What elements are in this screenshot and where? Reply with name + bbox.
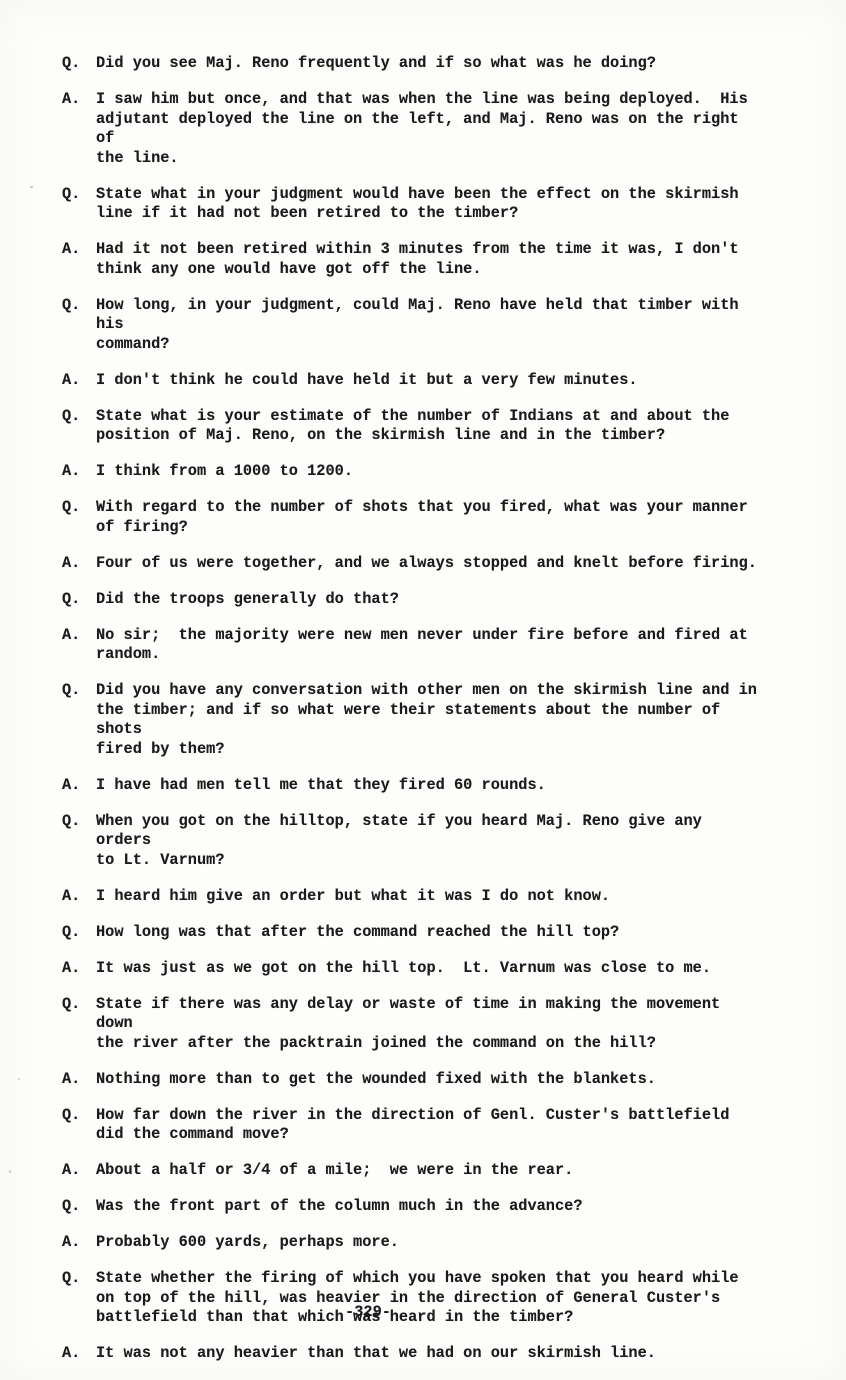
qa-entry: A. Four of us were together, and we alwa… — [62, 554, 762, 574]
speaker-label: A. — [62, 887, 96, 907]
speaker-label: A. — [62, 1233, 96, 1253]
speaker-label: A. — [62, 1161, 96, 1181]
entry-text: No sir; the majority were new men never … — [96, 626, 762, 665]
entry-text: Four of us were together, and we always … — [96, 554, 762, 574]
scan-speck — [600, 1072, 602, 1074]
qa-entry: Q. State if there was any delay or waste… — [62, 995, 762, 1054]
qa-entry: Q. State what in your judgment would hav… — [62, 185, 762, 224]
speaker-label: A. — [62, 776, 96, 796]
entry-text: I saw him but once, and that was when th… — [96, 90, 762, 168]
speaker-label: Q. — [62, 923, 96, 943]
entry-text: I don't think he could have held it but … — [96, 371, 762, 391]
entry-text: I heard him give an order but what it wa… — [96, 887, 762, 907]
transcript-body: Q. Did you see Maj. Reno frequently and … — [62, 54, 762, 1380]
qa-entry: A. No sir; the majority were new men nev… — [62, 626, 762, 665]
speaker-label: Q. — [62, 1106, 96, 1126]
speaker-label: Q. — [62, 185, 96, 205]
qa-entry: Q. When you got on the hilltop, state if… — [62, 812, 762, 871]
qa-entry: A. I have had men tell me that they fire… — [62, 776, 762, 796]
speaker-label: A. — [62, 959, 96, 979]
entry-text: Probably 600 yards, perhaps more. — [96, 1233, 762, 1253]
page-number: -329- — [62, 1303, 674, 1323]
speaker-label: A. — [62, 90, 96, 110]
speaker-label: Q. — [62, 681, 96, 701]
entry-text: When you got on the hilltop, state if yo… — [96, 812, 762, 871]
speaker-label: Q. — [62, 812, 96, 832]
entry-text: About a half or 3/4 of a mile; we were i… — [96, 1161, 762, 1181]
speaker-label: Q. — [62, 54, 96, 74]
qa-entry: A. Nothing more than to get the wounded … — [62, 1070, 762, 1090]
entry-text: It was just as we got on the hill top. L… — [96, 959, 762, 979]
speaker-label: Q. — [62, 296, 96, 316]
speaker-label: A. — [62, 371, 96, 391]
speaker-label: Q. — [62, 407, 96, 427]
entry-text: I have had men tell me that they fired 6… — [96, 776, 762, 796]
entry-text: Was the front part of the column much in… — [96, 1197, 762, 1217]
speaker-label: A. — [62, 462, 96, 482]
qa-entry: Q. How far down the river in the directi… — [62, 1106, 762, 1145]
qa-entry: Q. Did you have any conversation with ot… — [62, 681, 762, 759]
speaker-label: Q. — [62, 498, 96, 518]
qa-entry: A. Probably 600 yards, perhaps more. — [62, 1233, 762, 1253]
speaker-label: A. — [62, 1070, 96, 1090]
entry-text: Did the troops generally do that? — [96, 590, 762, 610]
entry-text: How long was that after the command reac… — [96, 923, 762, 943]
entry-text: Did you have any conversation with other… — [96, 681, 762, 759]
qa-entry: Q. With regard to the number of shots th… — [62, 498, 762, 537]
qa-entry: A. I don't think he could have held it b… — [62, 371, 762, 391]
entry-text: State what is your estimate of the numbe… — [96, 407, 762, 446]
qa-entry: Q. Was the front part of the column much… — [62, 1197, 762, 1217]
entry-text: State what in your judgment would have b… — [96, 185, 762, 224]
qa-entry: Q. Did the troops generally do that? — [62, 590, 762, 610]
speaker-label: Q. — [62, 1197, 96, 1217]
scan-speck — [9, 1170, 11, 1173]
qa-entry: A. Had it not been retired within 3 minu… — [62, 240, 762, 279]
speaker-label: A. — [62, 554, 96, 574]
entry-text: I think from a 1000 to 1200. — [96, 462, 762, 482]
speaker-label: A. — [62, 240, 96, 260]
entry-text: With regard to the number of shots that … — [96, 498, 762, 537]
qa-entry: Q. How long was that after the command r… — [62, 923, 762, 943]
entry-text: Had it not been retired within 3 minutes… — [96, 240, 762, 279]
qa-entry: Q. How long, in your judgment, could Maj… — [62, 296, 762, 355]
qa-entry: Q. Did you see Maj. Reno frequently and … — [62, 54, 762, 74]
entry-text: It was not any heavier than that we had … — [96, 1344, 762, 1364]
qa-entry: A. I think from a 1000 to 1200. — [62, 462, 762, 482]
speaker-label: Q. — [62, 995, 96, 1015]
speaker-label: A. — [62, 1344, 96, 1364]
qa-entry: A. I saw him but once, and that was when… — [62, 90, 762, 168]
scan-speck — [30, 186, 33, 188]
qa-entry: Q. State what is your estimate of the nu… — [62, 407, 762, 446]
speaker-label: A. — [62, 626, 96, 646]
entry-text: Did you see Maj. Reno frequently and if … — [96, 54, 762, 74]
entry-text: State if there was any delay or waste of… — [96, 995, 762, 1054]
qa-entry: A. I heard him give an order but what it… — [62, 887, 762, 907]
entry-text: How long, in your judgment, could Maj. R… — [96, 296, 762, 355]
qa-entry: A. About a half or 3/4 of a mile; we wer… — [62, 1161, 762, 1181]
entry-text: How far down the river in the direction … — [96, 1106, 762, 1145]
speaker-label: Q. — [62, 1269, 96, 1289]
entry-text: Nothing more than to get the wounded fix… — [96, 1070, 762, 1090]
qa-entry: A. It was just as we got on the hill top… — [62, 959, 762, 979]
speaker-label: Q. — [62, 590, 96, 610]
scan-speck — [18, 1078, 20, 1080]
qa-entry: A. It was not any heavier than that we h… — [62, 1344, 762, 1364]
document-page: Q. Did you see Maj. Reno frequently and … — [0, 0, 846, 1380]
